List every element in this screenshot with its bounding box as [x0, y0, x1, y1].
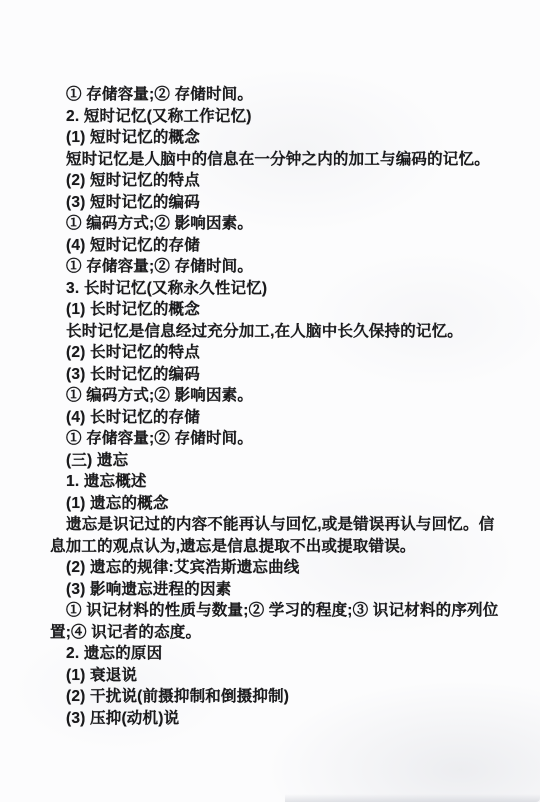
text-line: 3. 长时记忆(又称永久性记忆)	[50, 278, 520, 300]
text-line: (三) 遗忘	[50, 450, 520, 472]
text-line: ① 识记材料的性质与数量;② 学习的程度;③ 识记材料的序列位	[50, 600, 520, 622]
text-line: ① 存储容量;② 存储时间。	[50, 428, 520, 450]
text-line: (3) 短时记忆的编码	[50, 192, 520, 214]
text-line: 息加工的观点认为,遗忘是信息提取不出或提取错误。	[50, 536, 520, 558]
text-line: 2. 遗忘的原因	[50, 643, 520, 665]
text-line: (3) 压抑(动机)说	[50, 708, 520, 730]
text-line: ① 编码方式;② 影响因素。	[50, 385, 520, 407]
text-line: (2) 遗忘的规律:艾宾浩斯遗忘曲线	[50, 557, 520, 579]
text-line: (1) 短时记忆的概念	[50, 127, 520, 149]
text-line: 遗忘是识记过的内容不能再认与回忆,或是错误再认与回忆。信	[50, 514, 520, 536]
text-line: (4) 短时记忆的存储	[50, 235, 520, 257]
scanned-document-page: { "page": { "kind": "scanned-book-page",…	[0, 0, 540, 802]
page-bottom-edge-shadow	[285, 794, 540, 802]
text-line: (3) 长时记忆的编码	[50, 364, 520, 386]
text-line: ① 编码方式;② 影响因素。	[50, 213, 520, 235]
text-line: (1) 长时记忆的概念	[50, 299, 520, 321]
page-lines: ① 存储容量;② 存储时间。2. 短时记忆(又称工作记忆)(1) 短时记忆的概念…	[50, 84, 520, 729]
text-line: 2. 短时记忆(又称工作记忆)	[50, 106, 520, 128]
text-line: (1) 遗忘的概念	[50, 493, 520, 515]
ink-speck	[202, 697, 205, 700]
text-line: 1. 遗忘概述	[50, 471, 520, 493]
text-line: 长时记忆是信息经过充分加工,在人脑中长久保持的记忆。	[50, 321, 520, 343]
text-line: (2) 长时记忆的特点	[50, 342, 520, 364]
text-line: (4) 长时记忆的存储	[50, 407, 520, 429]
text-line: 置;④ 识记者的态度。	[50, 622, 520, 644]
text-line: (3) 影响遗忘进程的因素	[50, 579, 520, 601]
text-line: ① 存储容量;② 存储时间。	[50, 256, 520, 278]
text-line: ① 存储容量;② 存储时间。	[50, 84, 520, 106]
text-line: 短时记忆是人脑中的信息在一分钟之内的加工与编码的记忆。	[50, 149, 520, 171]
text-line: (2) 干扰说(前摄抑制和倒摄抑制)	[50, 686, 520, 708]
text-line: (2) 短时记忆的特点	[50, 170, 520, 192]
text-line: (1) 衰退说	[50, 665, 520, 687]
